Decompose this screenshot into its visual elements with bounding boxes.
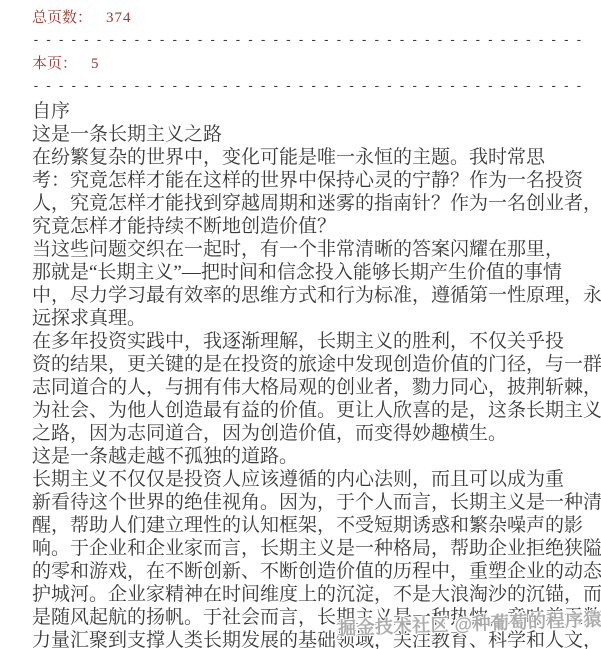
total-pages-line: 总页数：374 — [32, 8, 601, 28]
text-line: 考：究竟怎样才能在这样的世界中保持心灵的宁静？作为一名投资 — [32, 169, 601, 192]
total-pages-value: 374 — [106, 10, 132, 26]
current-page-value: 5 — [91, 56, 100, 72]
text-line: 响。于企业和企业家而言，长期主义是一种格局，帮助企业拒绝狭隘 — [32, 537, 601, 560]
text-line: 中，尽力学习最有效率的思维方式和行为标准，遵循第一性原理，永 — [32, 284, 601, 307]
preface-text: 自序 这是一条长期主义之路 在纷繁复杂的世界中，变化可能是唯一永恒的主题。我时常… — [32, 100, 601, 649]
text-line: 志同道合的人，与拥有伟大格局观的创业者，勠力同心，披荆斩棘， — [32, 376, 601, 399]
text-line: 新看待这个世界的绝佳视角。因为，于个人而言，长期主义是一种清 — [32, 491, 601, 514]
text-line: 在纷繁复杂的世界中，变化可能是唯一永恒的主题。我时常思 — [32, 146, 601, 169]
text-line: 资的结果，更关键的是在投资的旅途中发现创造价值的门径，与一群 — [32, 353, 601, 376]
total-pages-label: 总页数： — [32, 10, 92, 26]
text-line: 长期主义不仅仅是投资人应该遵循的内心法则，而且可以成为重 — [32, 468, 601, 491]
text-line: 人，究竟怎样才能找到穿越周期和迷雾的指南针？作为一名创业者， — [32, 192, 601, 215]
text-line: 远探求真理。 — [32, 307, 601, 330]
text-line: 自序 — [32, 100, 601, 123]
text-line: 这是一条长期主义之路 — [32, 123, 601, 146]
text-line: 力量汇聚到支撑人类长期发展的基础领域，关注教育、科学和人文， — [32, 629, 601, 649]
current-page-line: 本页：5 — [32, 54, 601, 74]
separator-line: ----------------------------------------… — [32, 34, 601, 48]
text-line: 究竟怎样才能持续不断地创造价值？ — [32, 215, 601, 238]
text-line: 为社会、为他人创造最有益的价值。更让人欣喜的是，这条长期主义 — [32, 399, 601, 422]
text-line: 护城河。企业家精神在时间维度上的沉淀，不是大浪淘沙的沉锚，而 — [32, 583, 601, 606]
separator-line: ----------------------------------------… — [32, 80, 601, 94]
reader-console-page: 总页数：374 --------------------------------… — [0, 0, 601, 649]
text-line: 当这些问题交织在一起时，有一个非常清晰的答案闪耀在那里， — [32, 238, 601, 261]
text-line: 是随风起航的扬帆。于社会而言，长期主义是一种热忱，意味着无数 — [32, 606, 601, 629]
text-line: 醒，帮助人们建立理性的认知框架，不受短期诱惑和繁杂噪声的影 — [32, 514, 601, 537]
text-line: 这是一条越走越不孤独的道路。 — [32, 445, 601, 468]
current-page-label: 本页： — [32, 56, 77, 72]
text-line: 之路，因为志同道合，因为创造价值，而变得妙趣横生。 — [32, 422, 601, 445]
text-line: 那就是“长期主义”—把时间和信念投入能够长期产生价值的事情 — [32, 261, 601, 284]
text-line: 的零和游戏，在不断创新、不断创造价值的历程中，重塑企业的动态 — [32, 560, 601, 583]
text-line: 在多年投资实践中，我逐渐理解，长期主义的胜利，不仅关乎投 — [32, 330, 601, 353]
